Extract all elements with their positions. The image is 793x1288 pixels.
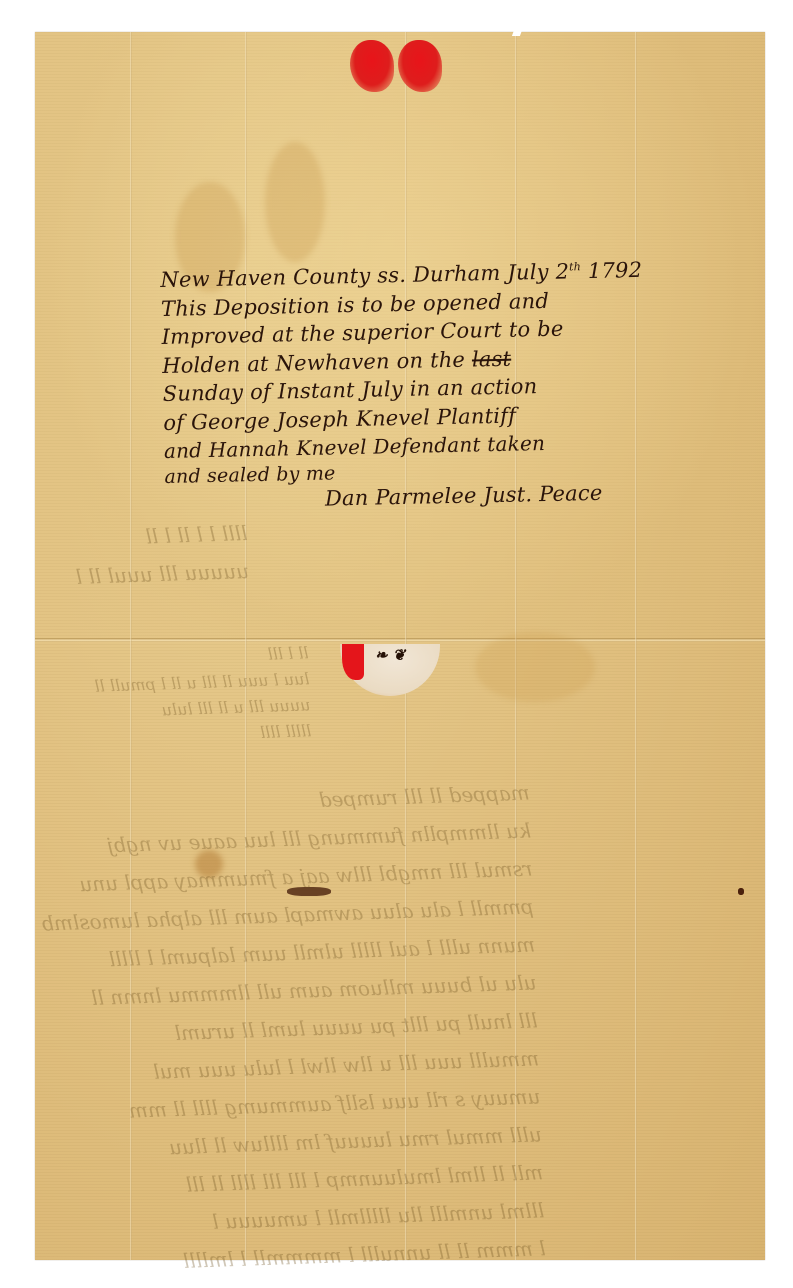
water-stain [475, 632, 595, 702]
year-text: 1792 [581, 258, 643, 283]
deposition-endorsement: New Haven County ss. Durham July 2th 179… [160, 252, 655, 516]
ink-dot [738, 888, 744, 895]
bleed-through-text: llll l l ll l ll uuuuu lll uuul ll l [74, 514, 250, 596]
vertical-fold-line [635, 32, 637, 1260]
bleed-line: llll l l ll l ll [74, 514, 248, 558]
bleed-through-text-lower: mapped ll lll rumped ku llmmplln fummung… [37, 774, 547, 1285]
ordinal-suffix: th [569, 260, 581, 273]
deposition-document: ❧ ❦ llll l l ll l ll uuuuu lll uuul ll l… [35, 32, 765, 1260]
line-text: Holden at Newhaven on the [162, 347, 472, 377]
struck-word: last [472, 346, 512, 371]
seal-red-remnant [342, 644, 364, 680]
red-wax-seal-top [348, 36, 444, 94]
bleed-through-text-fold: ll l lll luu l uuu ll lll u ll l pmull l… [93, 640, 311, 751]
horizontal-fold-line [35, 638, 765, 642]
seal-ink-marks: ❧ ❦ [375, 646, 405, 664]
seal-right-half [398, 40, 442, 92]
water-stain [265, 142, 325, 262]
seal-left-half [350, 40, 394, 92]
bleed-line: uuuuu lll uuul ll l [75, 552, 249, 596]
